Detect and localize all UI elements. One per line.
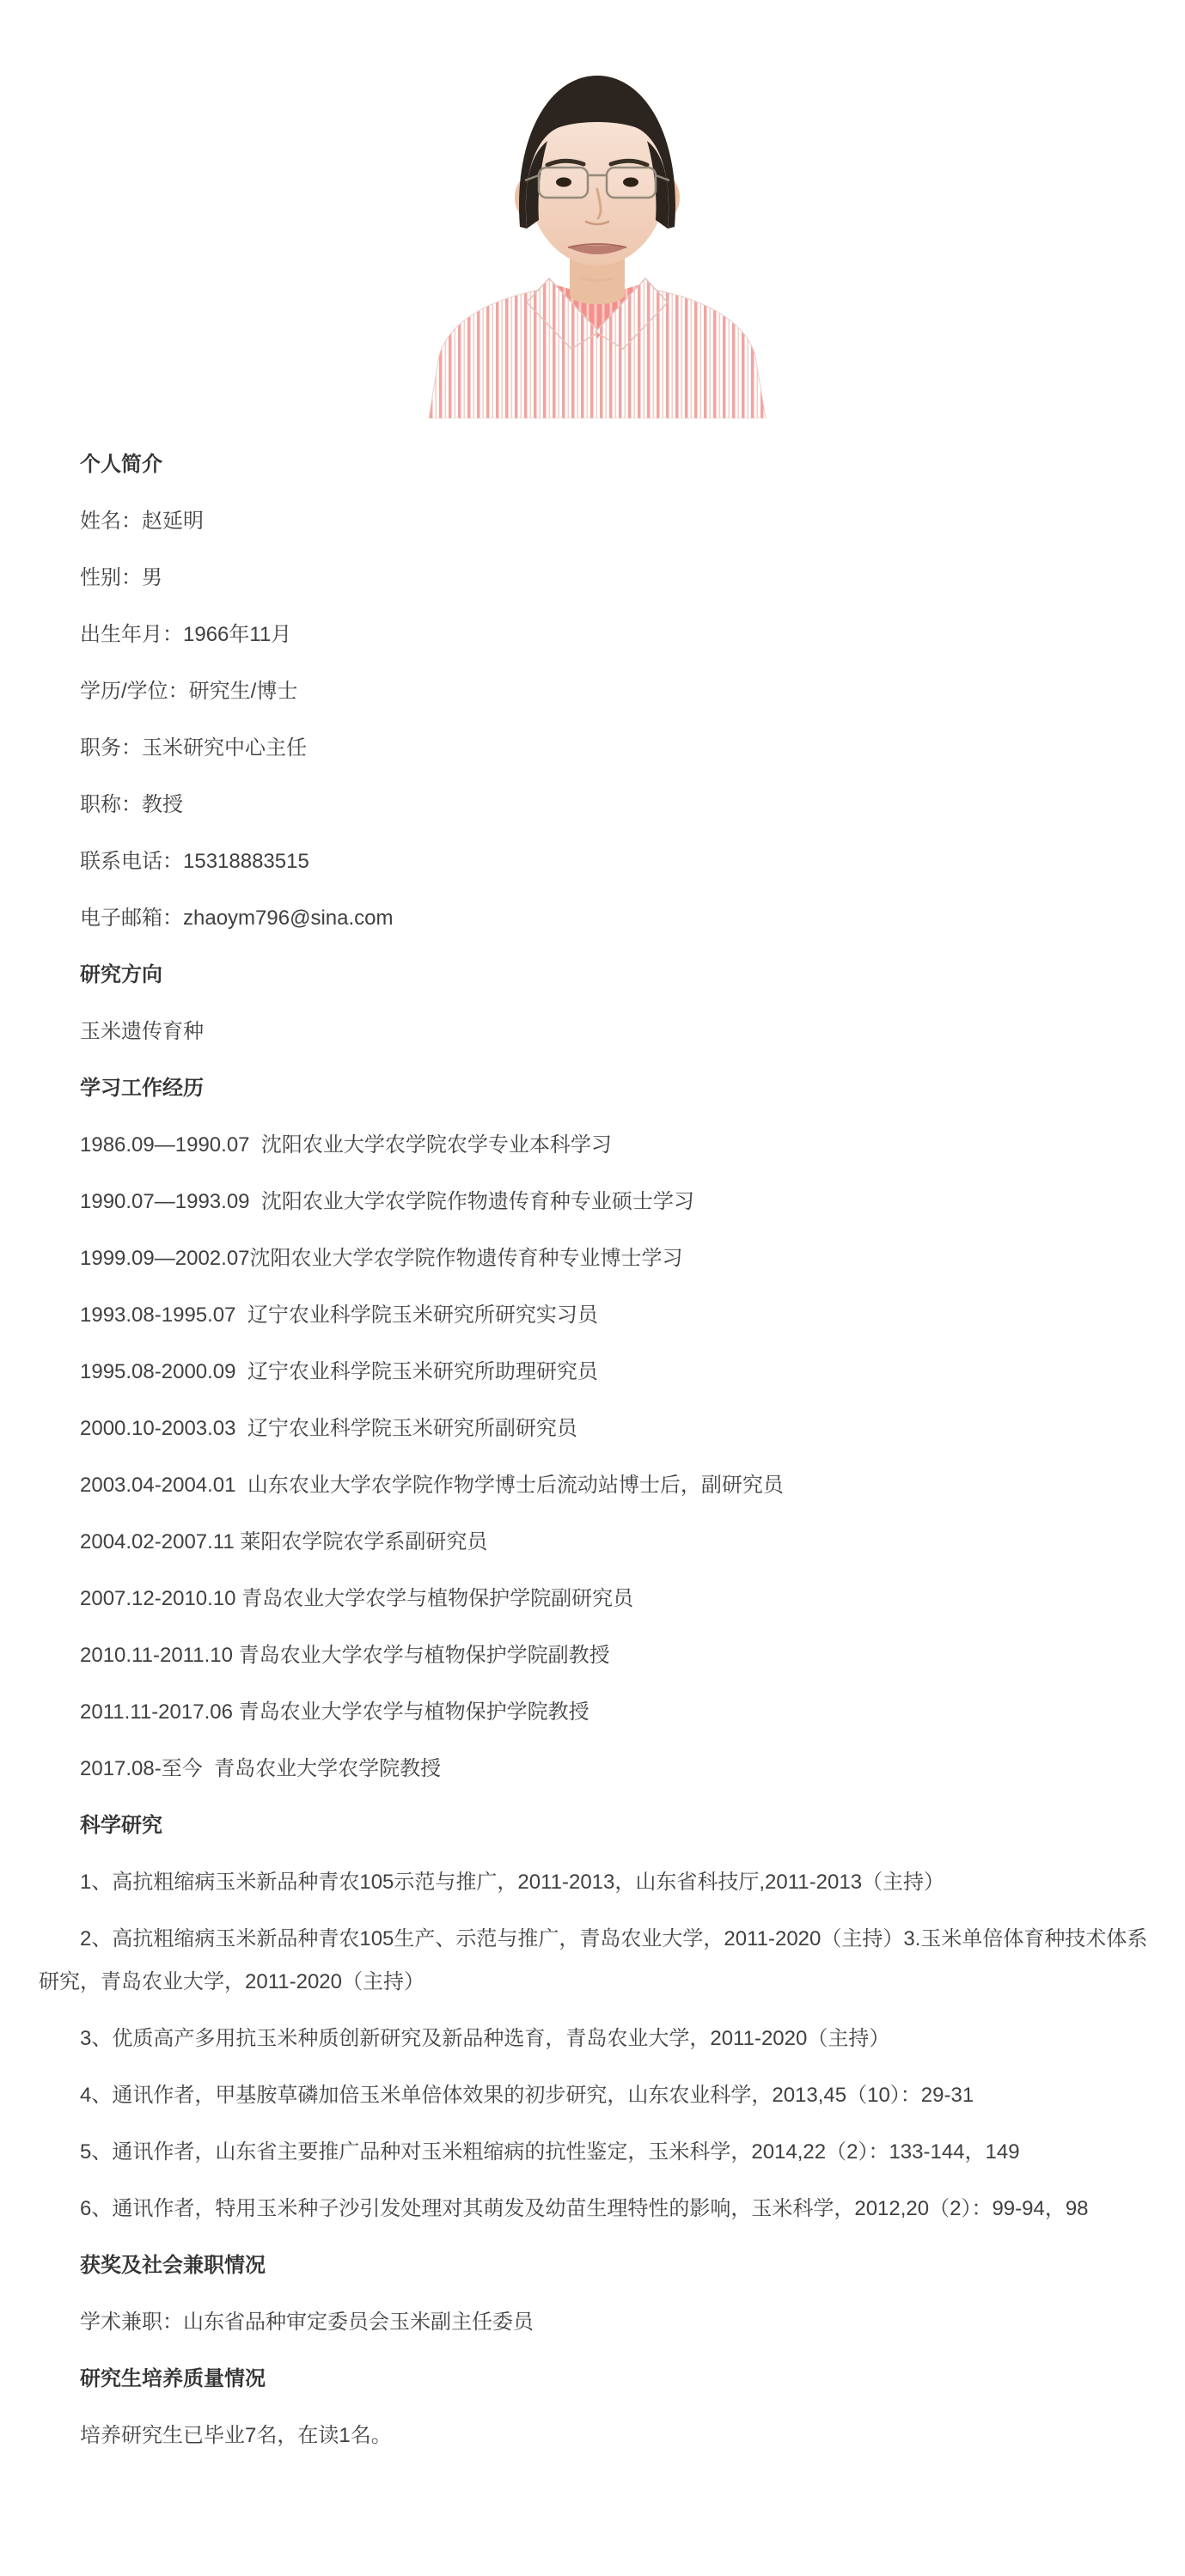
field-birth-date: 出生年月：1966年11月 <box>39 613 1156 656</box>
section-heading: 获奖及社会兼职情况 <box>39 2244 1156 2287</box>
eye-right <box>623 178 638 187</box>
section-graduate-training: 研究生培养质量情况 培养研究生已毕业7名，在读1名。 <box>39 2358 1156 2457</box>
research-direction-text: 玉米遗传育种 <box>39 1010 1156 1053</box>
eye-left <box>556 178 571 187</box>
profile-photo <box>39 0 1156 423</box>
academic-position-text: 学术兼职：山东省品种审定委员会玉米副主任委员 <box>39 2301 1156 2344</box>
research-item: 2、高抗粗缩病玉米新品种青农105生产、示范与推广，青岛农业大学，2011-20… <box>39 1918 1156 2004</box>
portrait-illustration <box>420 36 774 418</box>
experience-item: 1986.09—1990.07 沈阳农业大学农学院农学专业本科学习 <box>39 1124 1156 1167</box>
experience-item: 2010.11-2011.10 青岛农业大学农学与植物保护学院副教授 <box>39 1634 1156 1677</box>
section-personal-info: 个人简介 姓名：赵延明 性别：男 出生年月：1966年11月 学历/学位：研究生… <box>39 443 1156 940</box>
field-education-degree: 学历/学位：研究生/博士 <box>39 670 1156 713</box>
section-scientific-research: 科学研究 1、高抗粗缩病玉米新品种青农105示范与推广，2011-2013，山东… <box>39 1804 1156 2231</box>
experience-item: 2011.11-2017.06 青岛农业大学农学与植物保护学院教授 <box>39 1691 1156 1734</box>
faculty-profile-page: 个人简介 姓名：赵延明 性别：男 出生年月：1966年11月 学历/学位：研究生… <box>0 0 1185 2497</box>
experience-item: 1993.08-1995.07 辽宁农业科学院玉米研究所研究实习员 <box>39 1294 1156 1337</box>
experience-item: 2007.12-2010.10 青岛农业大学农学与植物保护学院副研究员 <box>39 1578 1156 1621</box>
section-experience: 学习工作经历 1986.09—1990.07 沈阳农业大学农学院农学专业本科学习… <box>39 1067 1156 1791</box>
research-item: 4、通讯作者，甲基胺草磷加倍玉米单倍体效果的初步研究，山东农业科学，2013,4… <box>39 2074 1156 2117</box>
experience-item: 1995.08-2000.09 辽宁农业科学院玉米研究所助理研究员 <box>39 1351 1156 1394</box>
section-heading: 研究生培养质量情况 <box>39 2358 1156 2401</box>
experience-item: 1990.07—1993.09 沈阳农业大学农学院作物遗传育种专业硕士学习 <box>39 1181 1156 1224</box>
research-item: 6、通讯作者，特用玉米种子沙引发处理对其萌发及幼苗生理特性的影响，玉米科学，20… <box>39 2188 1156 2231</box>
field-position: 职务：玉米研究中心主任 <box>39 727 1156 770</box>
experience-item: 2000.10-2003.03 辽宁农业科学院玉米研究所副研究员 <box>39 1407 1156 1450</box>
field-title: 职称：教授 <box>39 784 1156 827</box>
section-heading: 科学研究 <box>39 1804 1156 1847</box>
section-awards-positions: 获奖及社会兼职情况 学术兼职：山东省品种审定委员会玉米副主任委员 <box>39 2244 1156 2344</box>
experience-item: 2017.08-至今 青岛农业大学农学院教授 <box>39 1748 1156 1791</box>
section-research-direction: 研究方向 玉米遗传育种 <box>39 954 1156 1053</box>
section-heading: 研究方向 <box>39 954 1156 997</box>
field-name: 姓名：赵延明 <box>39 500 1156 543</box>
section-heading: 个人简介 <box>39 443 1156 486</box>
section-heading: 学习工作经历 <box>39 1067 1156 1110</box>
experience-item: 1999.09—2002.07沈阳农业大学农学院作物遗传育种专业博士学习 <box>39 1237 1156 1280</box>
field-phone: 联系电话：15318883515 <box>39 840 1156 883</box>
research-item: 3、优质高产多用抗玉米种质创新研究及新品种选育，青岛农业大学，2011-2020… <box>39 2017 1156 2060</box>
experience-item: 2004.02-2007.11 莱阳农学院农学系副研究员 <box>39 1521 1156 1564</box>
field-gender: 性别：男 <box>39 557 1156 600</box>
field-email: 电子邮箱：zhaoym796@sina.com <box>39 897 1156 940</box>
research-item: 5、通讯作者，山东省主要推广品种对玉米粗缩病的抗性鉴定，玉米科学，2014,22… <box>39 2131 1156 2174</box>
experience-item: 2003.04-2004.01 山东农业大学农学院作物学博士后流动站博士后，副研… <box>39 1464 1156 1507</box>
research-item: 1、高抗粗缩病玉米新品种青农105示范与推广，2011-2013，山东省科技厅,… <box>39 1861 1156 1904</box>
graduate-training-text: 培养研究生已毕业7名，在读1名。 <box>39 2414 1156 2457</box>
